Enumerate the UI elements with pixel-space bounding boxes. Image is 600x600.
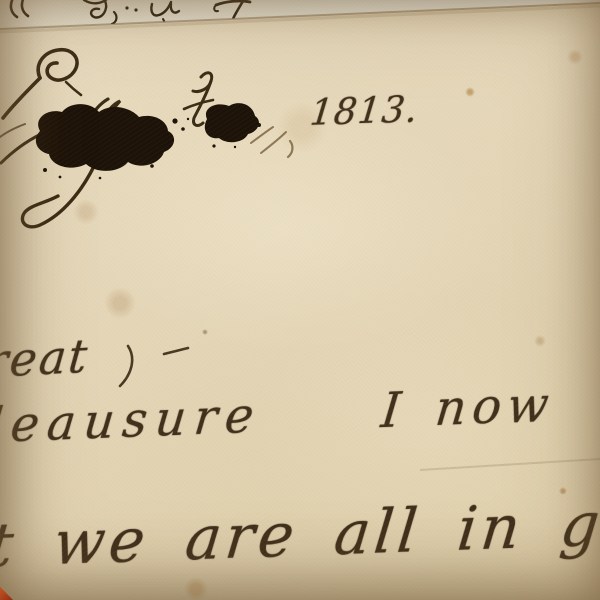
reat-flourish-stroke [120,346,132,386]
ink-blot-primary [36,104,189,179]
entry-stroke [0,124,25,137]
sheet-edge-shadow [0,3,600,32]
pen-dash [164,348,188,354]
capital-stem-stroke [3,78,40,118]
paper-crease [420,459,600,470]
faint-pen-strokes [251,127,292,157]
ink-overlay [0,0,600,600]
capital-loop-stroke [38,50,77,80]
descender-loop-stroke [22,162,96,227]
letter-photo: 1813. reat leausureI now t we are all in… [0,0,600,600]
entry-stroke [1,134,41,163]
capital-tail-stroke [66,82,81,95]
